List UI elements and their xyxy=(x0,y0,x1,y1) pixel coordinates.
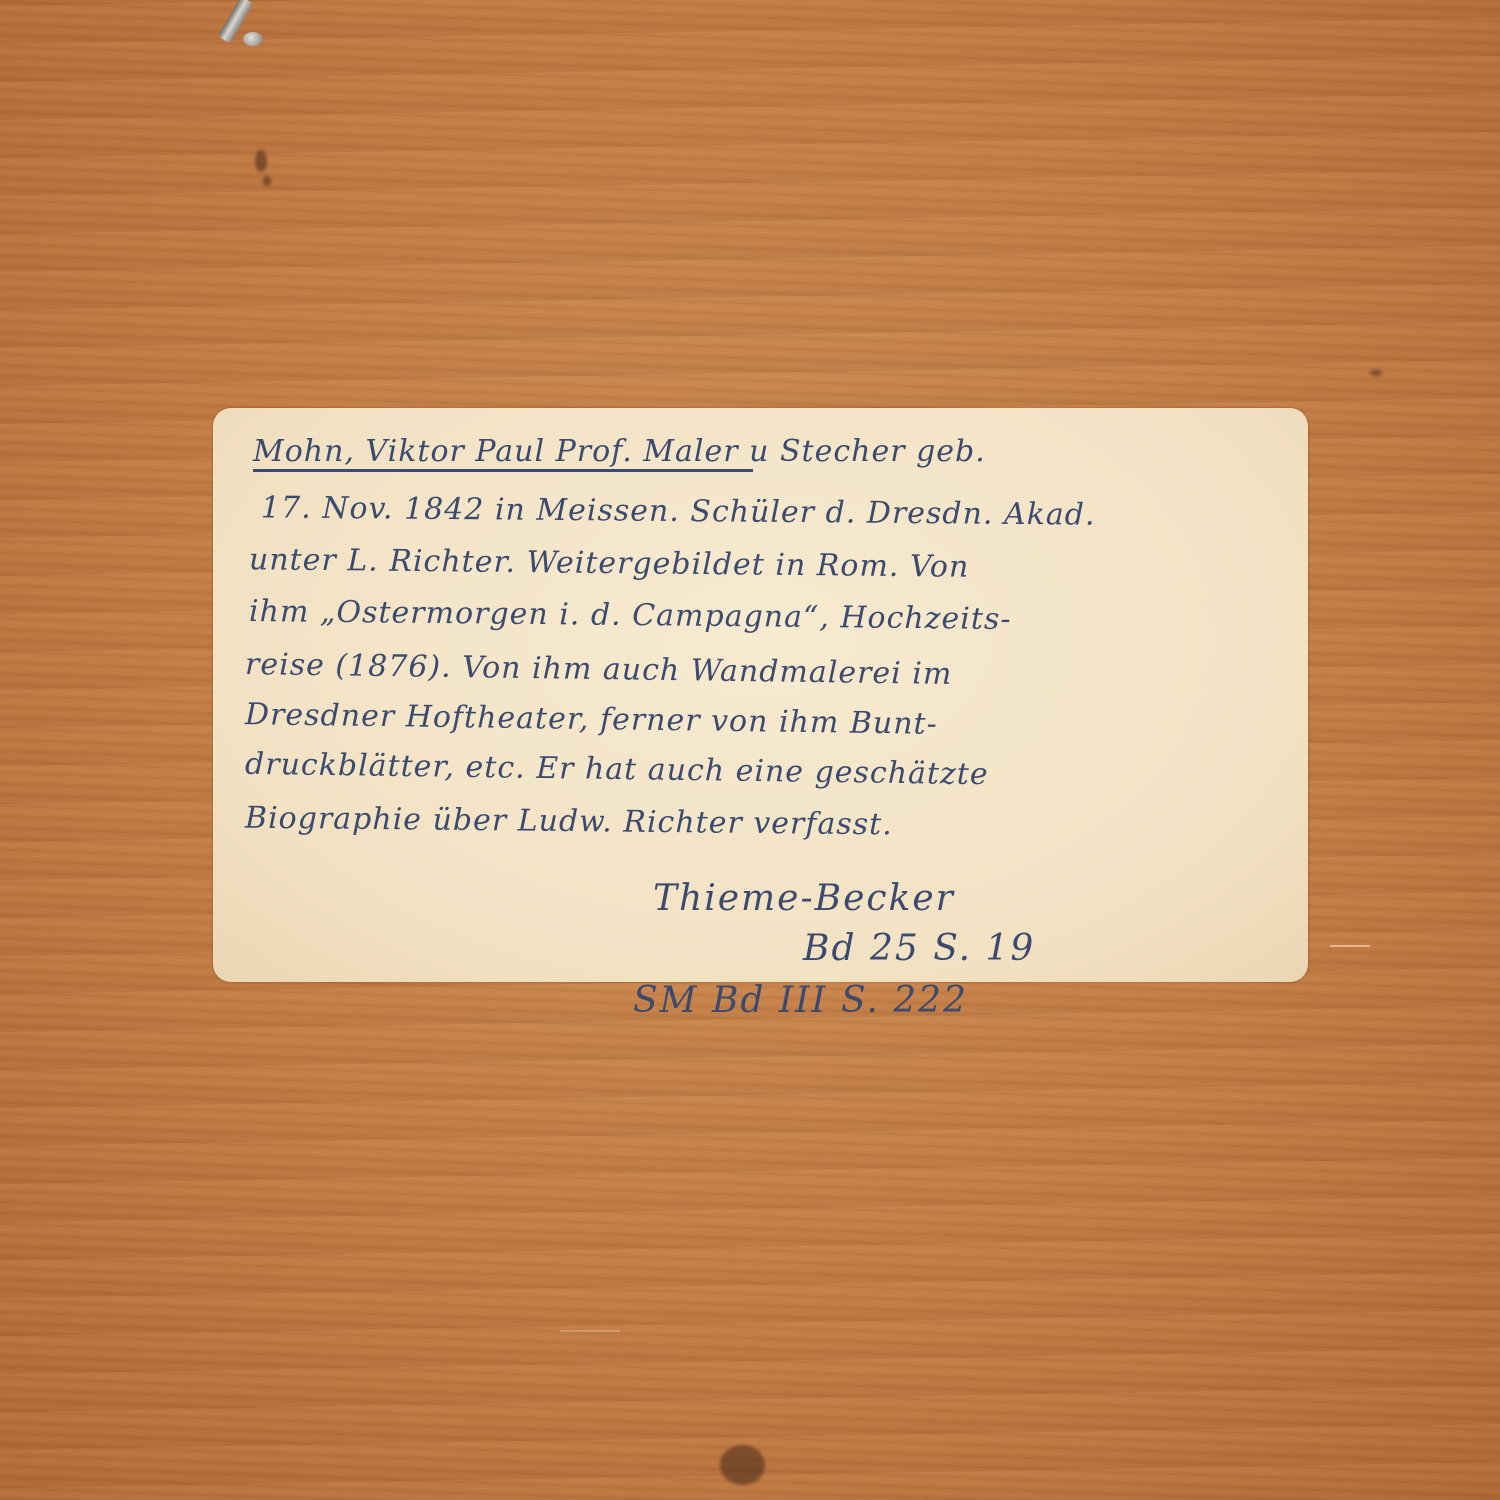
card-line-2: 17. Nov. 1842 in Meissen. Schüler d. Dre… xyxy=(261,490,1096,532)
card-line-6: Dresdner Hoftheater, ferner von ihm Bunt… xyxy=(245,697,938,742)
wood-knot xyxy=(720,1445,765,1485)
wood-scratch xyxy=(560,1330,620,1332)
nail-head xyxy=(243,32,263,46)
wood-scratch xyxy=(1330,945,1370,947)
reference-volume-page: Bd 25 S. 19 xyxy=(803,928,1035,969)
index-card: Mohn, Viktor Paul Prof. Maler u Stecher … xyxy=(213,408,1308,982)
reference-sm-volume: SM Bd III S. 222 xyxy=(633,980,968,1021)
card-line-7: druckblätter, etc. Er hat auch eine gesc… xyxy=(245,747,989,792)
card-line-4: ihm „Ostermorgen i. d. Campagna“, Hochze… xyxy=(249,594,1012,637)
card-line-1: Mohn, Viktor Paul Prof. Maler u Stecher … xyxy=(253,434,753,472)
reference-thieme-becker: Thieme-Becker xyxy=(653,878,955,919)
card-line-5: reise (1876). Von ihm auch Wandmalerei i… xyxy=(245,647,953,692)
wood-knot xyxy=(263,176,271,186)
wood-knot xyxy=(1370,370,1382,376)
card-line-3: unter L. Richter. Weitergebildet in Rom.… xyxy=(249,542,970,585)
card-line-8: Biographie über Ludw. Richter verfasst. xyxy=(245,801,893,843)
wood-knot xyxy=(255,150,267,172)
